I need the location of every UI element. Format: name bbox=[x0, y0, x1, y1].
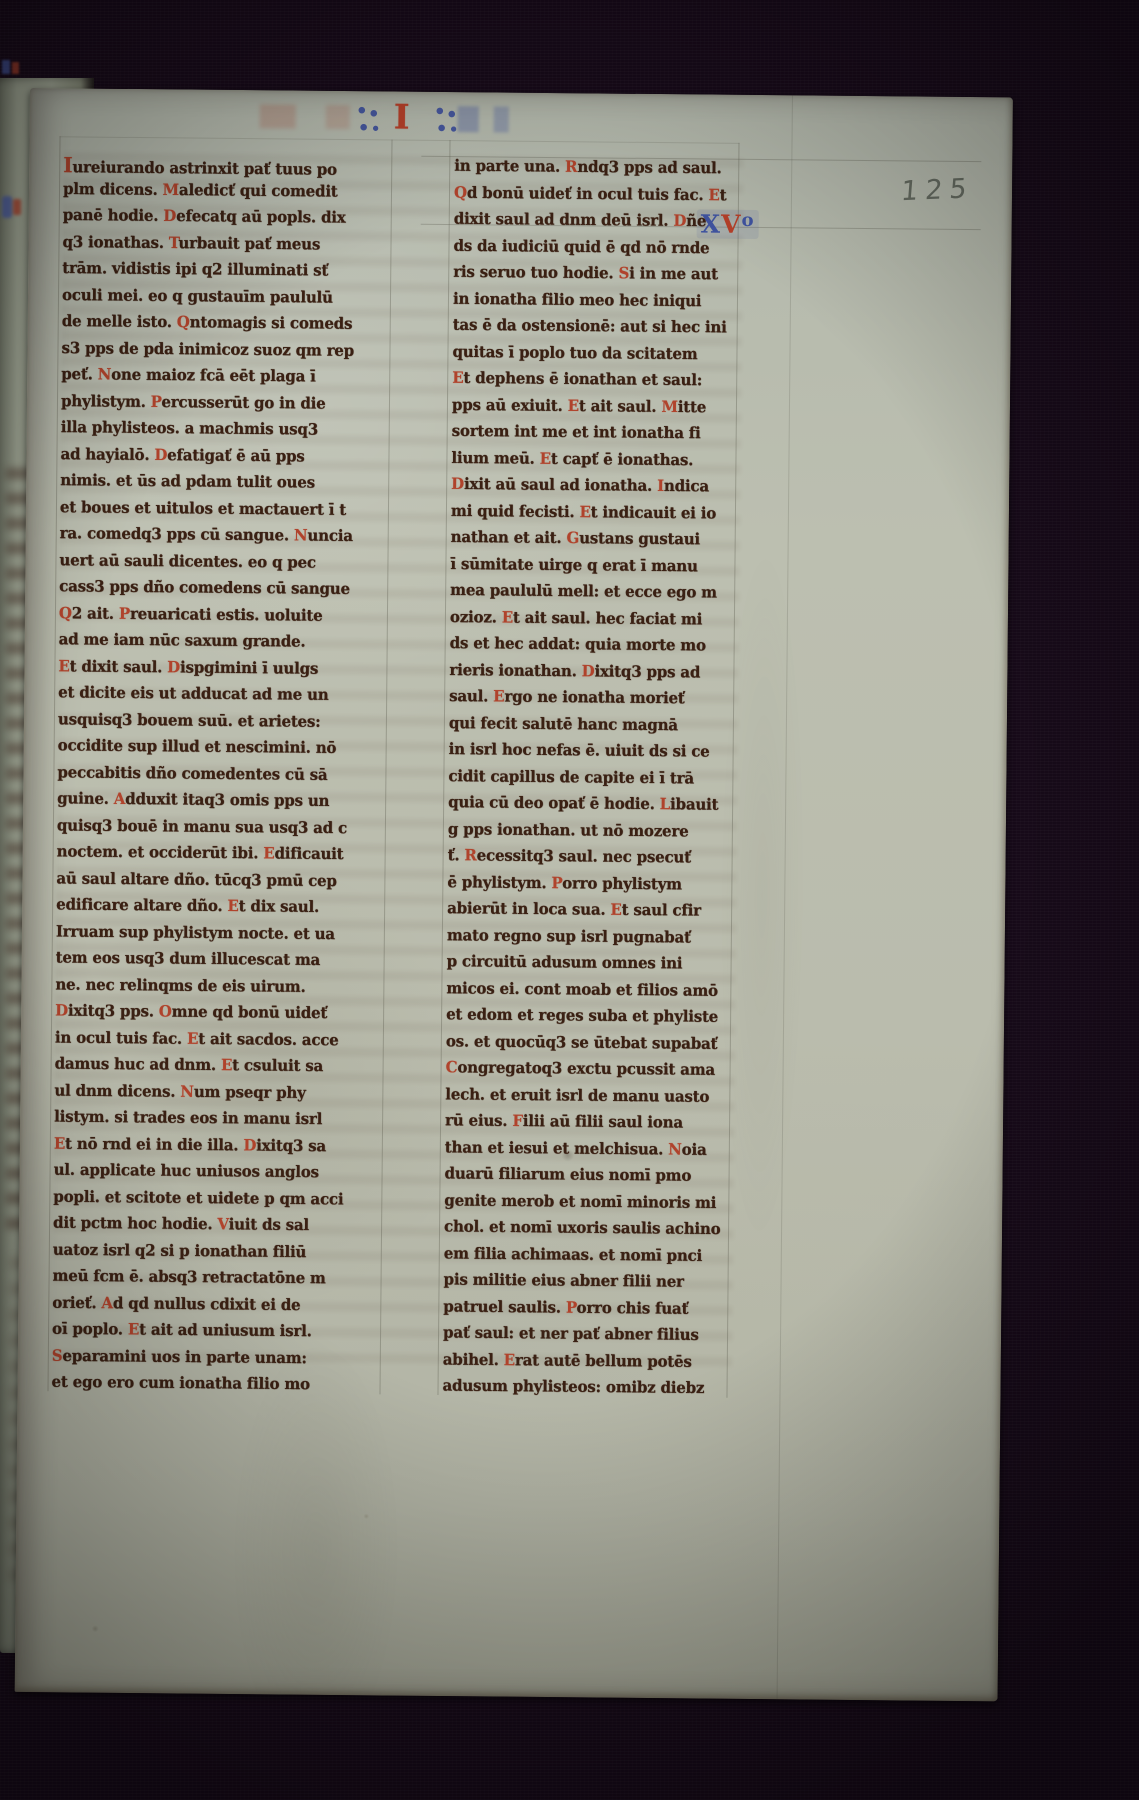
text-line: ne. nec relinqms de eis uirum. bbox=[55, 974, 387, 1004]
text-line: panē hodie. Defecatq aū popls. dix bbox=[63, 205, 395, 235]
text-line: occidite sup illud et nescimini. nō bbox=[58, 736, 390, 766]
text-line: Qd bonū uideť in ocul tuis fac. Et bbox=[454, 183, 744, 212]
text-line: micos ei. cont moab et filios amō bbox=[446, 978, 736, 1007]
text-line: peť. None maioz fcā eēt plaga ī bbox=[61, 364, 393, 394]
text-column-left: Iureiurando astrinxit pať tuus poplm dic… bbox=[51, 152, 395, 1402]
text-line: plm dicens. Maledicť qui comedit bbox=[63, 179, 395, 209]
text-line: rū eius. Filii aū filii saul iona bbox=[445, 1111, 735, 1140]
running-title-letter: I bbox=[394, 97, 410, 137]
running-title: I bbox=[330, 97, 500, 143]
text-line: abihel. Erat autē bellum potēs bbox=[443, 1349, 733, 1378]
text-line: ds da iudiciū quid ē qd nō rnde bbox=[453, 236, 743, 265]
text-line: trām. vidistis ipi q2 illuminati sť bbox=[62, 258, 394, 288]
text-line: ul. applicate huc uniusos anglos bbox=[53, 1160, 385, 1190]
text-line: mi quid fecisti. Et indicauit ei io bbox=[451, 501, 741, 530]
parchment-crease bbox=[777, 95, 793, 1699]
text-line: Dixit aū saul ad ionatha. Indica bbox=[451, 474, 741, 503]
text-line: quitas ī poplo tuo da scitatem bbox=[452, 342, 742, 371]
text-line: oī poplo. Et ait ad uniusum isrl. bbox=[52, 1319, 384, 1349]
text-line: duarū filiarum eius nomī pmo bbox=[444, 1164, 734, 1193]
manuscript-page: I 125 XVo Iureiurando astrinxit pať tuus… bbox=[15, 88, 1013, 1701]
text-line: Irruam sup phylistym nocte. et ua bbox=[56, 921, 388, 951]
text-line: et ego ero cum ionatha filio mo bbox=[51, 1372, 383, 1402]
text-line: listym. si trades eos in manu isrl bbox=[54, 1107, 386, 1137]
text-line: ē phylistym. Porro phylistym bbox=[447, 872, 737, 901]
text-line: em filia achimaas. et nomī pnci bbox=[444, 1243, 734, 1272]
text-line: abierūt in loca sua. Et saul cfir bbox=[447, 899, 737, 928]
text-line: uert aū sauli dicentes. eo q pec bbox=[59, 550, 391, 580]
text-line: in ionatha filio meo hec iniqui bbox=[453, 289, 743, 318]
text-line: ad hayialō. Defatigať ē aū pps bbox=[60, 444, 392, 474]
text-line: p circuitū adusum omnes ini bbox=[446, 952, 736, 981]
text-line: edificare altare dño. Et dix saul. bbox=[56, 895, 388, 925]
text-line: peccabitis dño comedentes cū sā bbox=[57, 762, 389, 792]
text-line: et boues et uitulos et mactauert ī t bbox=[60, 497, 392, 527]
text-line: noctem. et occiderūt ibi. Edificauit bbox=[57, 842, 389, 872]
text-line: quisq3 bouē in manu sua usq3 ad c bbox=[57, 815, 389, 845]
text-line: lech. et eruit isrl de manu uasto bbox=[445, 1084, 735, 1113]
text-line: Et dixit saul. Dispgimini ī uulgs bbox=[58, 656, 390, 686]
text-line: Congregatoq3 exctu pcussit ama bbox=[445, 1058, 735, 1087]
text-line: ť. Recessitq3 saul. nec psecuť bbox=[447, 846, 737, 875]
text-line: pať saul: et ner pať abner filius bbox=[443, 1323, 733, 1352]
text-line: nimis. et ūs ad pdam tulit oues bbox=[60, 471, 392, 501]
text-line: in ocul tuis fac. Et ait sacdos. acce bbox=[55, 1027, 387, 1057]
text-line: mato regno sup isrl pugnabať bbox=[447, 925, 737, 954]
header-offset-ghost bbox=[458, 106, 518, 133]
text-line: damus huc ad dnm. Et csuluit sa bbox=[54, 1054, 386, 1084]
text-line: popli. et scitote et uidete p qm acci bbox=[53, 1187, 385, 1217]
text-line: qui fecit salutē hanc magnā bbox=[449, 713, 739, 742]
text-line: guine. Adduxit itaq3 omis pps un bbox=[57, 789, 389, 819]
text-line: in parte una. Rndq3 pps ad saul. bbox=[454, 156, 744, 185]
text-line: mea paululū mell: et ecce ego m bbox=[450, 580, 740, 609]
text-line: ds et hec addat: quia morte mo bbox=[450, 633, 740, 662]
text-line: adusum phylisteos: omibz diebz bbox=[442, 1376, 732, 1405]
text-line: chol. et nomī uxoris saulis achino bbox=[444, 1217, 734, 1246]
text-column-right: in parte una. Rndq3 pps ad saul.Qd bonū … bbox=[442, 156, 744, 1405]
text-line: meū fcm ē. absq3 retractatōne m bbox=[52, 1266, 384, 1296]
text-line: ad me iam nūc saxum grande. bbox=[59, 630, 391, 660]
text-line: cass3 pps dño comedens cū sangue bbox=[59, 577, 391, 607]
text-line: rieris ionathan. Dixitq3 pps ad bbox=[449, 660, 739, 689]
text-line: os. et quocūq3 se ūtebat supabať bbox=[446, 1031, 736, 1060]
text-line: uatoz isrl q2 si p ionathan filiū bbox=[53, 1240, 385, 1270]
text-line: ī sūmitate uirge q erat ī manu bbox=[450, 554, 740, 583]
text-line: ra. comedq3 pps cū sangue. Nuncia bbox=[60, 524, 392, 554]
facing-rubric-ghost-icon bbox=[2, 196, 28, 222]
text-line: q3 ionathas. Turbauit pať meus bbox=[62, 232, 394, 262]
text-line: usquisq3 bouem suū. et arietes: bbox=[58, 709, 390, 739]
text-line: quia cū deo opať ē hodie. Libauit bbox=[448, 793, 738, 822]
text-line: oculi mei. eo q gustauīm paululū bbox=[62, 285, 394, 315]
text-line: Et nō rnd ei in die illa. Dixitq3 sa bbox=[54, 1134, 386, 1164]
text-line: Dixitq3 pps. Omne qd bonū uideť bbox=[55, 1001, 387, 1031]
text-line: ul dnm dicens. Num pseqr phy bbox=[54, 1080, 386, 1110]
text-line: lium meū. Et capť ē ionathas. bbox=[451, 448, 741, 477]
text-line: Separamini uos in parte unam: bbox=[52, 1346, 384, 1376]
photograph-background: I 125 XVo Iureiurando astrinxit pať tuus… bbox=[0, 0, 1139, 1800]
text-line: illa phylisteos. a machmis usq3 bbox=[61, 418, 393, 448]
text-line: Iureiurando astrinxit pať tuus po bbox=[63, 152, 395, 182]
text-line: de melle isto. Qntomagis si comeds bbox=[62, 311, 394, 341]
text-line: tem eos usq3 dum illucescat ma bbox=[55, 948, 387, 978]
text-line: dit pctm hoc hodie. Viuit ds sal bbox=[53, 1213, 385, 1243]
text-line: phylistym. Percusserūt go in die bbox=[61, 391, 393, 421]
facing-header-ghost-icon bbox=[0, 58, 30, 78]
text-line: dixit saul ad dnm deū isrl. Dñe bbox=[454, 209, 744, 238]
text-line: et edom et reges suba et phyliste bbox=[446, 1005, 736, 1034]
text-line: et dicite eis ut adducat ad me un bbox=[58, 683, 390, 713]
text-line: aū saul altare dño. tūcq3 pmū cep bbox=[56, 868, 388, 898]
text-line: genite merob et nomī minoris mi bbox=[444, 1190, 734, 1219]
text-line: Q2 ait. Preuaricati estis. uoluite bbox=[59, 603, 391, 633]
blue-flourish-icon bbox=[434, 104, 460, 134]
folio-number: 125 bbox=[900, 173, 975, 207]
text-line: patruel saulis. Porro chis fuať bbox=[443, 1296, 733, 1325]
text-line: than et iesui et melchisua. Noia bbox=[445, 1137, 735, 1166]
text-line: tas ē da ostensionē: aut si hec ini bbox=[453, 315, 743, 344]
text-line: ris seruo tuo hodie. Si in me aut bbox=[453, 262, 743, 291]
text-line: sortem int me et int ionatha fi bbox=[452, 421, 742, 450]
text-line: s3 pps de pda inimicoz suoz qm rep bbox=[61, 338, 393, 368]
text-line: orieť. Ad qd nullus cdixit ei de bbox=[52, 1293, 384, 1323]
text-line: ozioz. Et ait saul. hec faciat mi bbox=[450, 607, 740, 636]
text-line: cidit capillus de capite ei ī trā bbox=[448, 766, 738, 795]
text-line: in isrl hoc nefas ē. uiuit ds si ce bbox=[449, 739, 739, 768]
text-line: pps aū exiuit. Et ait saul. Mitte bbox=[452, 395, 742, 424]
text-line: pis militie eius abner filii ner bbox=[443, 1270, 733, 1299]
blue-flourish-icon bbox=[356, 103, 382, 133]
text-line: g pps ionathan. ut nō mozere bbox=[448, 819, 738, 848]
text-line: saul. Ergo ne ionatha morieť bbox=[449, 686, 739, 715]
text-line: nathan et ait. Gustans gustaui bbox=[451, 527, 741, 556]
text-line: Et dephens ē ionathan et saul: bbox=[452, 368, 742, 397]
